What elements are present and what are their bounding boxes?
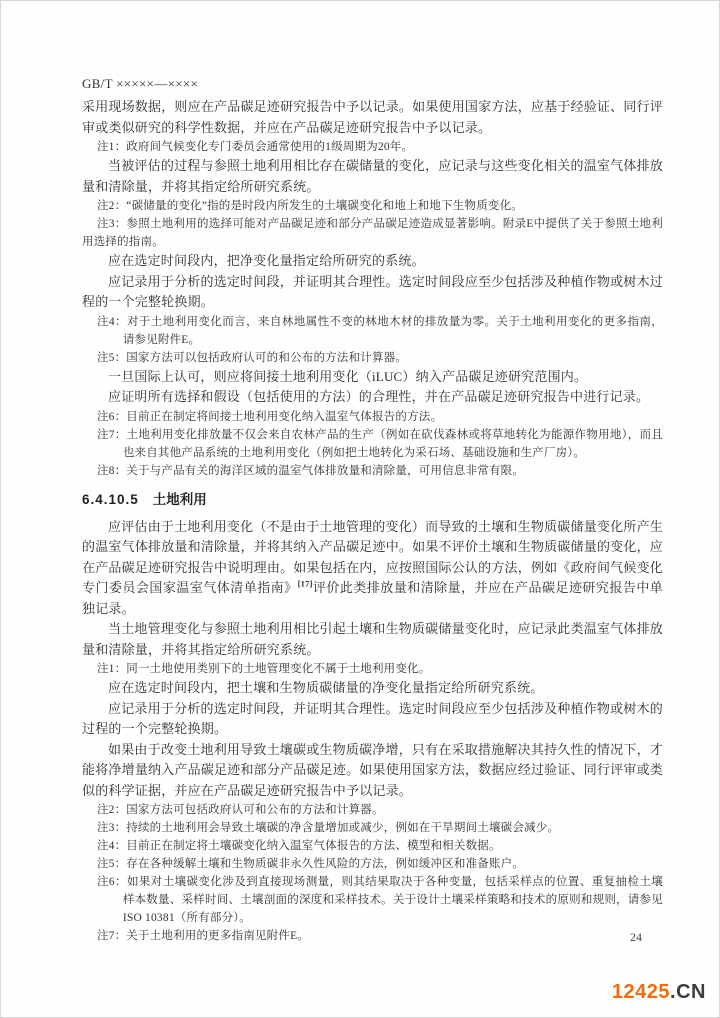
paragraph: 当被评估的过程与参照土地利用相比存在碳储量的变化，应记录与这些变化相关的温室气体…	[82, 156, 663, 197]
section-title: 土地利用	[153, 492, 207, 507]
note: 注8：关于与产品有关的海洋区域的温室气体排放量和清除量，可用信息非常有限。	[82, 462, 663, 480]
paragraph: 应记录用于分析的选定时间段，并证明其合理性。选定时间段应至少包括涉及种植作物或树…	[82, 699, 663, 740]
paragraph: 一旦国际上认可，则应将间接土地利用变化（iLUC）纳入产品碳足迹研究范围内。	[82, 367, 663, 388]
page-number: 24	[630, 930, 642, 945]
paragraph: 采用现场数据，则应在产品碳足迹研究报告中予以记录。如果使用国家方法，应基于经验证…	[82, 97, 663, 138]
paragraph: 应记录用于分析的选定时间段，并证明其合理性。选定时间段应至少包括涉及种植作物或树…	[82, 272, 663, 313]
paragraph: 如果由于改变土地利用导致土壤碳或生物质碳净增，只有在采取措施解决其持久性的情况下…	[82, 740, 663, 802]
standard-number: GB/T ×××××—××××	[82, 76, 663, 92]
watermark-site: 12425	[612, 981, 670, 1003]
note: 注3：持续的土地利用会导致土壤碳的净含量增加或减少，例如在干旱期间土壤碳会减少。	[82, 819, 663, 837]
section-number: 6.4.10.5	[82, 492, 139, 507]
note: 注6：目前正在制定将间接土地利用变化纳入温室气体报告的方法。	[82, 408, 663, 426]
watermark: 12425.CN	[612, 981, 706, 1004]
reference-superscript: [17]	[298, 579, 313, 589]
note: 注5：存在各种缓解土壤和生物质碳非永久性风险的方法，例如缓冲区和准备账户。	[82, 855, 663, 873]
paragraph: 应在选定时间段内，把净变化量指定给所研究的系统。	[82, 251, 663, 272]
note: 注4：目前正在制定将土壤碳变化纳入温室气体报告的方法、模型和相关数据。	[82, 837, 663, 855]
note: 注2：“碳储量的变化”指的是时段内所发生的土壤碳变化和地上和地下生物质变化。	[82, 197, 663, 215]
paragraph: 应评估由于土地利用变化（不是由于土地管理的变化）而导致的土壤和生物质碳储量变化所…	[82, 517, 663, 620]
note: 注4：对于土地利用变化而言，来自林地属性不变的林地木材的排放量为零。关于土地利用…	[82, 313, 663, 349]
paragraph: 应证明所有选择和假设（包括使用的方法）的合理性，并在产品碳足迹研究报告中进行记录…	[82, 387, 663, 408]
note: 注1：政府间气候变化专门委员会通常使用的1级周期为20年。	[82, 138, 663, 156]
section-heading: 6.4.10.5土地利用	[82, 490, 663, 510]
paragraph: 当土地管理变化与参照土地利用相比引起土壤和生物质碳储量变化时，应记录此类温室气体…	[82, 619, 663, 660]
note: 注7：关于土地利用的更多指南见附件E。	[82, 927, 663, 945]
paragraph: 应在选定时间段内，把土壤和生物质碳储量的净变化量指定给所研究系统。	[82, 678, 663, 699]
note: 注5：国家方法可以包括政府认可的和公布的方法和计算器。	[82, 349, 663, 367]
note: 注7：土地利用变化排放量不仅会来自农林产品的生产（例如在砍伐森林或将草地转化为能…	[82, 426, 663, 462]
note: 注1：同一土地使用类别下的土地管理变化不属于土地利用变化。	[82, 660, 663, 678]
note: 注3：参照土地利用的选择可能对产品碳足迹和部分产品碳足迹造成显著影响。附录E中提…	[82, 215, 663, 251]
note: 注6：如果对土壤碳变化涉及到直接现场测量，则其结果取决于各种变量，包括采样点的位…	[82, 873, 663, 927]
note: 注2：国家方法可包括政府认可和公布的方法和计算器。	[82, 801, 663, 819]
document-page: GB/T ×××××—×××× 采用现场数据，则应在产品碳足迹研究报告中予以记录…	[0, 0, 720, 1018]
page-content: GB/T ×××××—×××× 采用现场数据，则应在产品碳足迹研究报告中予以记录…	[82, 76, 663, 945]
watermark-tld: .CN	[670, 981, 706, 1003]
